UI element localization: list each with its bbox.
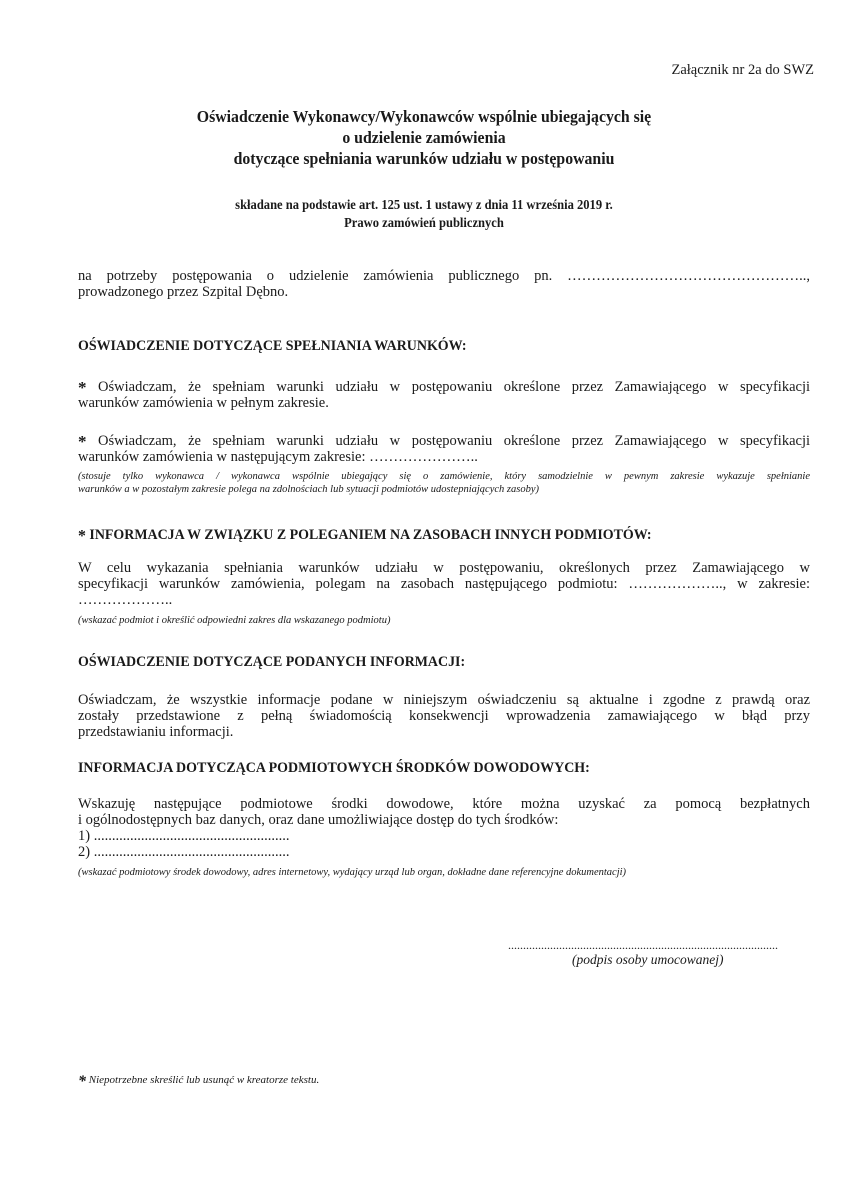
legal-basis-line-2: Prawo zamówień publicznych bbox=[30, 214, 819, 232]
footnote-text: Niepotrzebne skreślić lub usunąć w kreat… bbox=[89, 1074, 319, 1086]
asterisk-icon: * bbox=[78, 1073, 86, 1090]
legal-basis-line-1: składane na podstawie art. 125 ust. 1 us… bbox=[30, 196, 819, 214]
option-full-line-2: warunków zamówienia w pełnym zakresie. bbox=[78, 395, 810, 411]
evidence-note: (wskazać podmiotowy środek dowodowy, adr… bbox=[78, 866, 810, 879]
section-evidence-heading: INFORMACJA DOTYCZĄCA PODMIOTOWYCH ŚRODKÓ… bbox=[78, 760, 590, 777]
signature-line[interactable]: ........................................… bbox=[508, 938, 778, 953]
asterisk-icon: * bbox=[78, 526, 86, 545]
intro-line-2: prowadzonego przez Szpital Dębno. bbox=[78, 284, 810, 300]
document-title: Oświadczenie Wykonawcy/Wykonawców wspóln… bbox=[30, 106, 819, 169]
title-line-3: dotyczące spełniania warunków udziału w … bbox=[30, 148, 819, 169]
signature-label: (podpis osoby umocowanej) bbox=[572, 952, 723, 968]
asterisk-icon: * bbox=[78, 432, 87, 451]
conditions-option-partial[interactable]: * Oświadczam, że spełniam warunki udział… bbox=[78, 432, 810, 465]
section-conditions-heading: OŚWIADCZENIE DOTYCZĄCE SPEŁNIANIA WARUNK… bbox=[78, 338, 466, 355]
evidence-item-1[interactable]: 1) .....................................… bbox=[78, 828, 810, 844]
information-paragraph: Oświadczam, że wszystkie informacje poda… bbox=[78, 692, 810, 740]
legal-basis: składane na podstawie art. 125 ust. 1 us… bbox=[30, 196, 819, 232]
evidence-item-2[interactable]: 2) .....................................… bbox=[78, 844, 810, 860]
title-line-1: Oświadczenie Wykonawcy/Wykonawców wspóln… bbox=[30, 106, 819, 127]
conditions-partial-note: (stosuje tylko wykonawca / wykonawca wsp… bbox=[78, 470, 810, 496]
annex-label: Załącznik nr 2a do SWZ bbox=[671, 62, 814, 79]
intro-paragraph: na potrzeby postępowania o udzielenie za… bbox=[78, 268, 810, 300]
footnote: * Niepotrzebne skreślić lub usunąć w kre… bbox=[78, 1070, 319, 1088]
option-partial-line-2: warunków zamówienia w następującym zakre… bbox=[78, 449, 810, 465]
asterisk-icon: * bbox=[78, 378, 87, 397]
conditions-option-full[interactable]: * Oświadczam, że spełniam warunki udział… bbox=[78, 378, 810, 411]
resources-paragraph: W celu wykazania spełniania warunków udz… bbox=[78, 560, 810, 608]
option-full-line-1: * Oświadczam, że spełniam warunki udział… bbox=[78, 378, 810, 395]
option-partial-line-1: * Oświadczam, że spełniam warunki udział… bbox=[78, 432, 810, 449]
intro-line-1: na potrzeby postępowania o udzielenie za… bbox=[78, 268, 810, 284]
title-line-2: o udzielenie zamówienia bbox=[30, 127, 819, 148]
evidence-paragraph: Wskazuję następujące podmiotowe środki d… bbox=[78, 796, 810, 860]
section-information-heading: OŚWIADCZENIE DOTYCZĄCE PODANYCH INFORMAC… bbox=[78, 654, 465, 671]
resources-note: (wskazać podmiot i określić odpowiedni z… bbox=[78, 614, 810, 627]
section-resources-heading: * INFORMACJA W ZWIĄZKU Z POLEGANIEM NA Z… bbox=[78, 524, 652, 544]
